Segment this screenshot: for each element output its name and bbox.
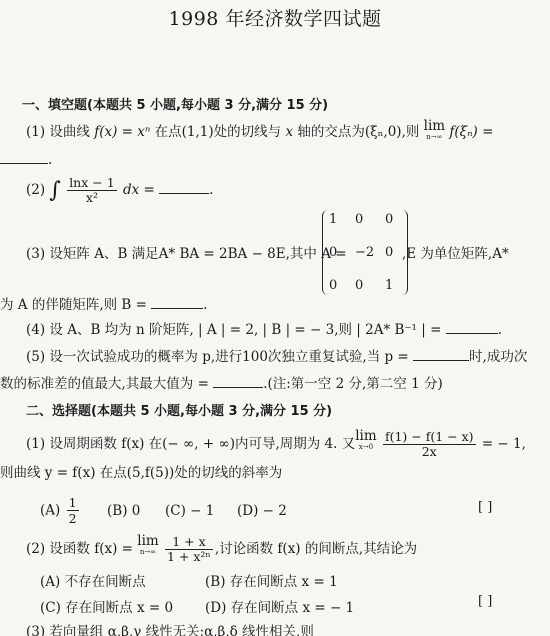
question-text: 设曲线 (49, 124, 90, 140)
question-text: 数的标准差的值最大,其最大值为 = (0, 376, 209, 392)
math-variable: x (285, 124, 293, 140)
question-text: ,讨论函数 f(x) 的间断点,其结论为 (215, 541, 417, 557)
limit-operator: limx→0 (355, 430, 376, 451)
s1-q1-answer-blank: . (0, 152, 52, 168)
s2-question-3: (3) 若向量组 α,β,γ 线性无关;α,β,δ 线性相关,则 (26, 620, 314, 636)
fraction: lnx − 1x² (67, 176, 116, 205)
limit-operator: limn→∞ (137, 535, 158, 556)
s1-q3-line2: 为 A 的伴随矩阵,则 B = . (0, 293, 208, 313)
s2-q2-answer-bracket[interactable]: [ ] (478, 594, 492, 609)
s2-q1-line2: 则曲线 y = f(x) 在点(5,f(5))处的切线的斜率为 (0, 461, 282, 481)
question-number: (1) (26, 124, 45, 140)
s2-q2-option-c[interactable]: (C) 存在间断点 x = 0 (40, 596, 173, 616)
question-number: (2) (26, 541, 45, 557)
s1-q3-continuation: ,E 为单位矩阵,A* (402, 242, 509, 262)
answer-blank (413, 359, 469, 361)
section-header-multiple-choice: 二、选择题(本题共 5 小题,每小题 3 分,满分 15 分) (26, 400, 332, 419)
s1-question-4: (4) 设 A、B 均为 n 阶矩阵, | A | = 2, | B | = −… (26, 318, 502, 338)
matrix-A: 100 0−20 001 (322, 210, 408, 295)
question-text: 设 A、B 均为 n 阶矩阵, | A | = 2, | B | = − 3,则… (49, 322, 441, 338)
s2-question-1: (1) 设周期函数 f(x) 在(− ∞, + ∞)内可导,周期为 4. 又li… (26, 430, 526, 459)
question-number: (1) (26, 436, 45, 452)
s2-q1-answer-bracket[interactable]: [ ] (478, 500, 492, 515)
s1-question-3: (3) 设矩阵 A、B 满足A* BA = 2BA − 8E,其中 A = (26, 242, 347, 262)
question-text: 在点(1,1)处的切线与 (155, 124, 282, 140)
answer-blank (159, 192, 209, 194)
answer-blank (213, 386, 263, 388)
s2-q1-option-b[interactable]: (B) 0 (107, 503, 140, 519)
question-text: 设矩阵 A、B 满足A* BA = 2BA − 8E,其中 A = (49, 246, 346, 262)
question-text: 设周期函数 f(x) 在(− ∞, + ∞)内可导,周期为 4. 又 (49, 436, 355, 452)
answer-blank (446, 332, 498, 334)
question-number: (3) (26, 624, 45, 636)
s1-question-5: (5) 设一次试验成功的概率为 p,进行100次独立重复试验,当 p = 时,成… (26, 345, 527, 365)
s2-q2-option-a[interactable]: (A) 不存在间断点 (40, 570, 146, 590)
question-number: (4) (26, 322, 45, 338)
math-expression: f(x) = xⁿ (94, 124, 150, 140)
s2-q1-option-a[interactable]: (A) 12 (40, 496, 81, 526)
question-text: 轴的交点为(ξₙ,0),则 (297, 124, 419, 140)
s2-q1-option-c[interactable]: (C) − 1 (165, 503, 214, 519)
question-text: 若向量组 α,β,γ 线性无关;α,β,δ 线性相关,则 (49, 624, 313, 636)
s1-question-1: (1) 设曲线 f(x) = xⁿ 在点(1,1)处的切线与 x 轴的交点为(ξ… (26, 120, 493, 141)
fraction: f(1) − f(1 − x)2x (383, 430, 476, 459)
s1-q5-line2: 数的标准差的值最大,其最大值为 = .(注:第一空 2 分,第二空 1 分) (0, 372, 443, 392)
page-title: 1998 年经济数学四试题 (0, 4, 550, 31)
s2-q2-option-b[interactable]: (B) 存在间断点 x = 1 (205, 570, 338, 590)
question-note: .(注:第一空 2 分,第二空 1 分) (263, 376, 443, 392)
answer-blank (151, 307, 203, 309)
question-text: 设一次试验成功的概率为 p,进行100次独立重复试验,当 p = (49, 349, 408, 365)
math-expression: f(ξₙ) = (449, 124, 493, 140)
section-header-fill-in: 一、填空题(本题共 5 小题,每小题 3 分,满分 15 分) (22, 94, 328, 113)
s1-question-2: (2) ∫ lnx − 1x² dx = . (26, 176, 213, 205)
question-number: (2) (26, 182, 45, 198)
math-expression: dx = (123, 182, 155, 198)
question-number: (5) (26, 349, 45, 365)
question-text: 为 A 的伴随矩阵,则 B = (0, 297, 147, 313)
question-number: (3) (26, 246, 45, 262)
limit-operator: limn→∞ (424, 120, 445, 141)
question-text: 时,成功次 (469, 349, 527, 365)
s2-q1-option-d[interactable]: (D) − 2 (237, 503, 287, 519)
integral-sign: ∫ (49, 178, 60, 203)
question-text: = − 1, (482, 436, 526, 452)
question-text: 设函数 f(x) = (49, 541, 133, 557)
s2-q2-option-d[interactable]: (D) 存在间断点 x = − 1 (205, 596, 354, 616)
fraction: 1 + x1 + x²ⁿ (165, 535, 213, 564)
s2-question-2: (2) 设函数 f(x) = limn→∞ 1 + x1 + x²ⁿ,讨论函数 … (26, 535, 417, 564)
